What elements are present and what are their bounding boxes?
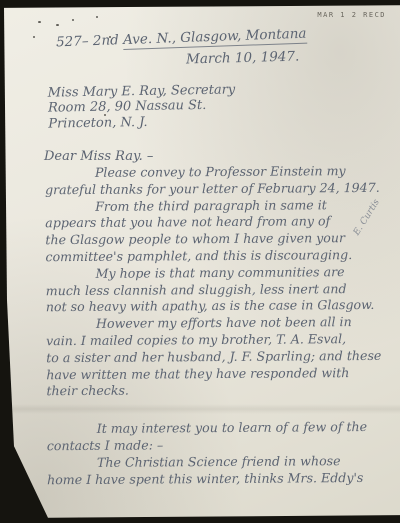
body-line: to a sister and her husband, J. F. Sparl…	[46, 348, 394, 367]
body-line: their checks.	[46, 381, 394, 400]
ink-speck	[33, 36, 35, 38]
body-line: vain. I mailed copies to my brother, T. …	[46, 331, 394, 350]
body-line: home I have spent this winter, thinks Mr…	[47, 469, 395, 488]
sender-address-prefix: 527– 2nd	[56, 32, 124, 50]
body-line: It may interest you to learn of a few of…	[47, 419, 395, 438]
scan-background: { "document": { "kind": "handwritten-let…	[0, 0, 400, 523]
letter-body: Please convey to Professor Einstein my g…	[45, 163, 395, 489]
body-line: grateful thanks for your letter of Febru…	[45, 180, 393, 199]
ink-speck	[56, 24, 59, 26]
body-line: My hope is that many communities are	[46, 264, 394, 283]
salutation: Dear Miss Ray. –	[44, 149, 153, 164]
recipient-address-block: Miss Mary E. Ray, Secretary Room 28, 90 …	[48, 82, 236, 131]
recipient-city-line: Princeton, N. J.	[48, 113, 236, 132]
letter-date: March 10, 1947.	[186, 49, 300, 68]
body-line: committee's pamphlet, and this is discou…	[45, 247, 393, 266]
ink-speck	[38, 21, 41, 23]
ink-speck	[72, 19, 74, 21]
received-date-stamp: MAR 1 2 RECD	[317, 11, 386, 19]
body-line: have written me that they have responded…	[46, 364, 394, 383]
ink-speck	[96, 16, 98, 18]
body-line: Please convey to Professor Einstein my	[45, 163, 393, 182]
